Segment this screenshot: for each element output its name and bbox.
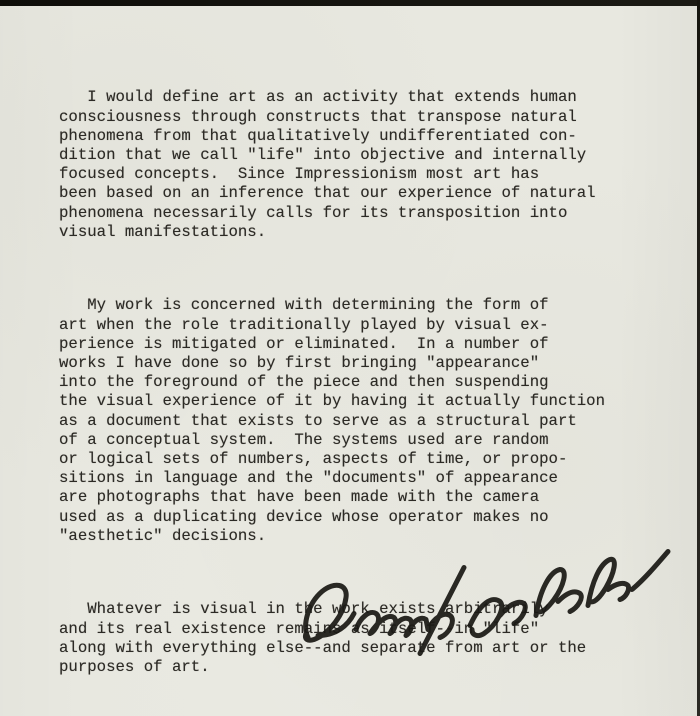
signature-douglas-huebler: [292, 540, 672, 658]
scan-edge-top: [0, 0, 700, 6]
paper-sheet: I would define art as an activity that e…: [0, 0, 700, 716]
paragraph-1: I would define art as an activity that e…: [59, 88, 659, 242]
signature-strokes: [292, 540, 672, 658]
paragraph-2: My work is concerned with determining th…: [59, 296, 659, 546]
